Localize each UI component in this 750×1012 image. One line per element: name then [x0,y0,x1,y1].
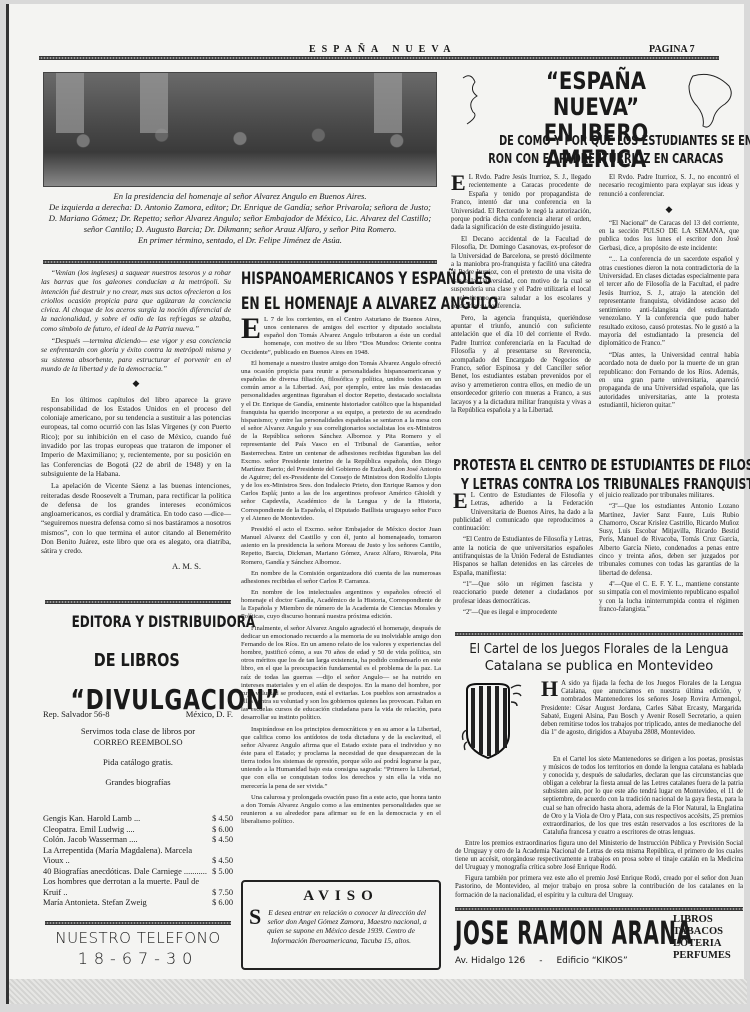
caracas-col-2: El Rvdo. Padre Iturrioz, S. J., no encon… [599,174,739,414]
ornament-icon: ◆ [599,205,739,213]
arana-items: LIBROS TABACOS LOTERIA PERFUMES [673,914,750,962]
arana-name: JOSE RAMON ARANA [455,914,585,952]
left-column-review: “Venían (los ingleses) a saquear nuestro… [41,268,231,571]
newspaper-page: ESPAÑA NUEVA PAGINA 7 En la presidencia … [6,4,744,1004]
ad-rule [45,600,231,604]
aviso-text: SE desea entrar en relación o conocer la… [243,905,439,948]
protesta-headline: PROTESTA EL CENTRO DE ESTUDIANTES DE FIL… [453,456,750,493]
catalan-shield-icon [461,680,525,762]
ad-service: Servimos toda clase de libros por CORREO… [43,726,233,788]
caracas-col-1: EL Rvdo. Padre Jesús Iturrioz, S. J., ll… [451,174,591,418]
divulgacion-ad: EDITORA Y DISTRIBUIDORA DE LIBROS “DIVUL… [41,612,233,716]
ornament-icon: ◆ [41,379,231,388]
cartel-body: En el Cartel los siete Mantenedores se d… [455,756,743,903]
phone-box: NUESTRO TELEFONO 18-67-30 [43,929,233,968]
page-number: PAGINA 7 [649,44,695,55]
ad-headline-2: DE LIBROS [94,650,180,671]
arana-address: Av. Hidalgo 126 - Edificio “KIKOS” [455,956,665,966]
phone-number: 18-67-30 [43,949,233,968]
protesta-col-1: EL Centro de Estudiantes de Filosofía y … [453,492,593,620]
aviso-title: AVISO [243,888,439,905]
review-quote: “Venían (los ingleses) a saquear nuestro… [41,268,231,333]
review-paragraph: En los últimos capítulos del libro apare… [41,395,231,479]
newspaper-title: ESPAÑA NUEVA [309,44,456,55]
arana-ad: JOSE RAMON ARANA Av. Hidalgo 126 - Edifi… [455,914,665,966]
book-list-item: Colón. Jacob Wasserman ....$ 4.50 [43,835,233,846]
homenaje-body: EL 7 de los corrientes, en el Centro Ast… [241,316,441,829]
book-list-item: María Antonieta. Stefan Zweig$ 6.00 [43,898,233,909]
banner-line-1: “ESPAÑA NUEVA” [510,68,682,120]
book-list: Gengis Kan. Harold Lamb ...$ 4.50Cleopat… [43,814,233,909]
ad-headline: EDITORA Y DISTRIBUIDORA [72,612,256,631]
ad-address: Rep. Salvador 56-8 México, D. F. [43,709,233,719]
book-list-item: Los hombres que derrotan a la muerte. Pa… [43,877,233,898]
header-rule [39,56,719,60]
page-bottom-edge [9,979,747,1004]
review-quote-2: “Después —termina diciendo— ese vigor y … [41,336,231,373]
caracas-headline: DE COMO Y POR QUE LOS ESTUDIANTES SE ENF… [449,132,749,168]
book-list-item: 40 Biografías anecdóticas. Dale Carniege… [43,867,233,878]
homenaje-headline: HISPANOAMERICANOS Y ESPAÑOLES EN EL HOME… [241,269,441,314]
cartel-body-top: HA sido ya fijada la fecha de los Juegos… [541,680,741,740]
book-list-item: Gengis Kan. Harold Lamb ...$ 4.50 [43,814,233,825]
section-rule [455,907,743,911]
banquet-photo [43,72,437,187]
book-list-item: Cleopatra. Emil Ludwig ....$ 6.00 [43,825,233,836]
cartel-headline: El Cartel de los Juegos Florales de la L… [449,641,749,675]
review-signature: A. M. S. [41,562,201,571]
photo-rule [43,260,437,264]
phone-label: NUESTRO TELEFONO [43,929,233,947]
section-banner: “ESPAÑA NUEVA” EN IBERO AMERICA [455,68,745,128]
section-rule [455,632,743,636]
review-paragraph: La apelación de Vicente Sáenz a las buen… [41,481,231,555]
book-list-item: La Arrepentida (María Magdalena). Marcel… [43,846,233,867]
photo-caption: En la presidencia del homenaje al señor … [45,191,435,246]
ad-rule [45,921,231,925]
aviso-box: AVISO SE desea entrar en relación o cono… [241,880,441,970]
protesta-col-2: el juicio realizado por tribunales milit… [599,492,739,617]
